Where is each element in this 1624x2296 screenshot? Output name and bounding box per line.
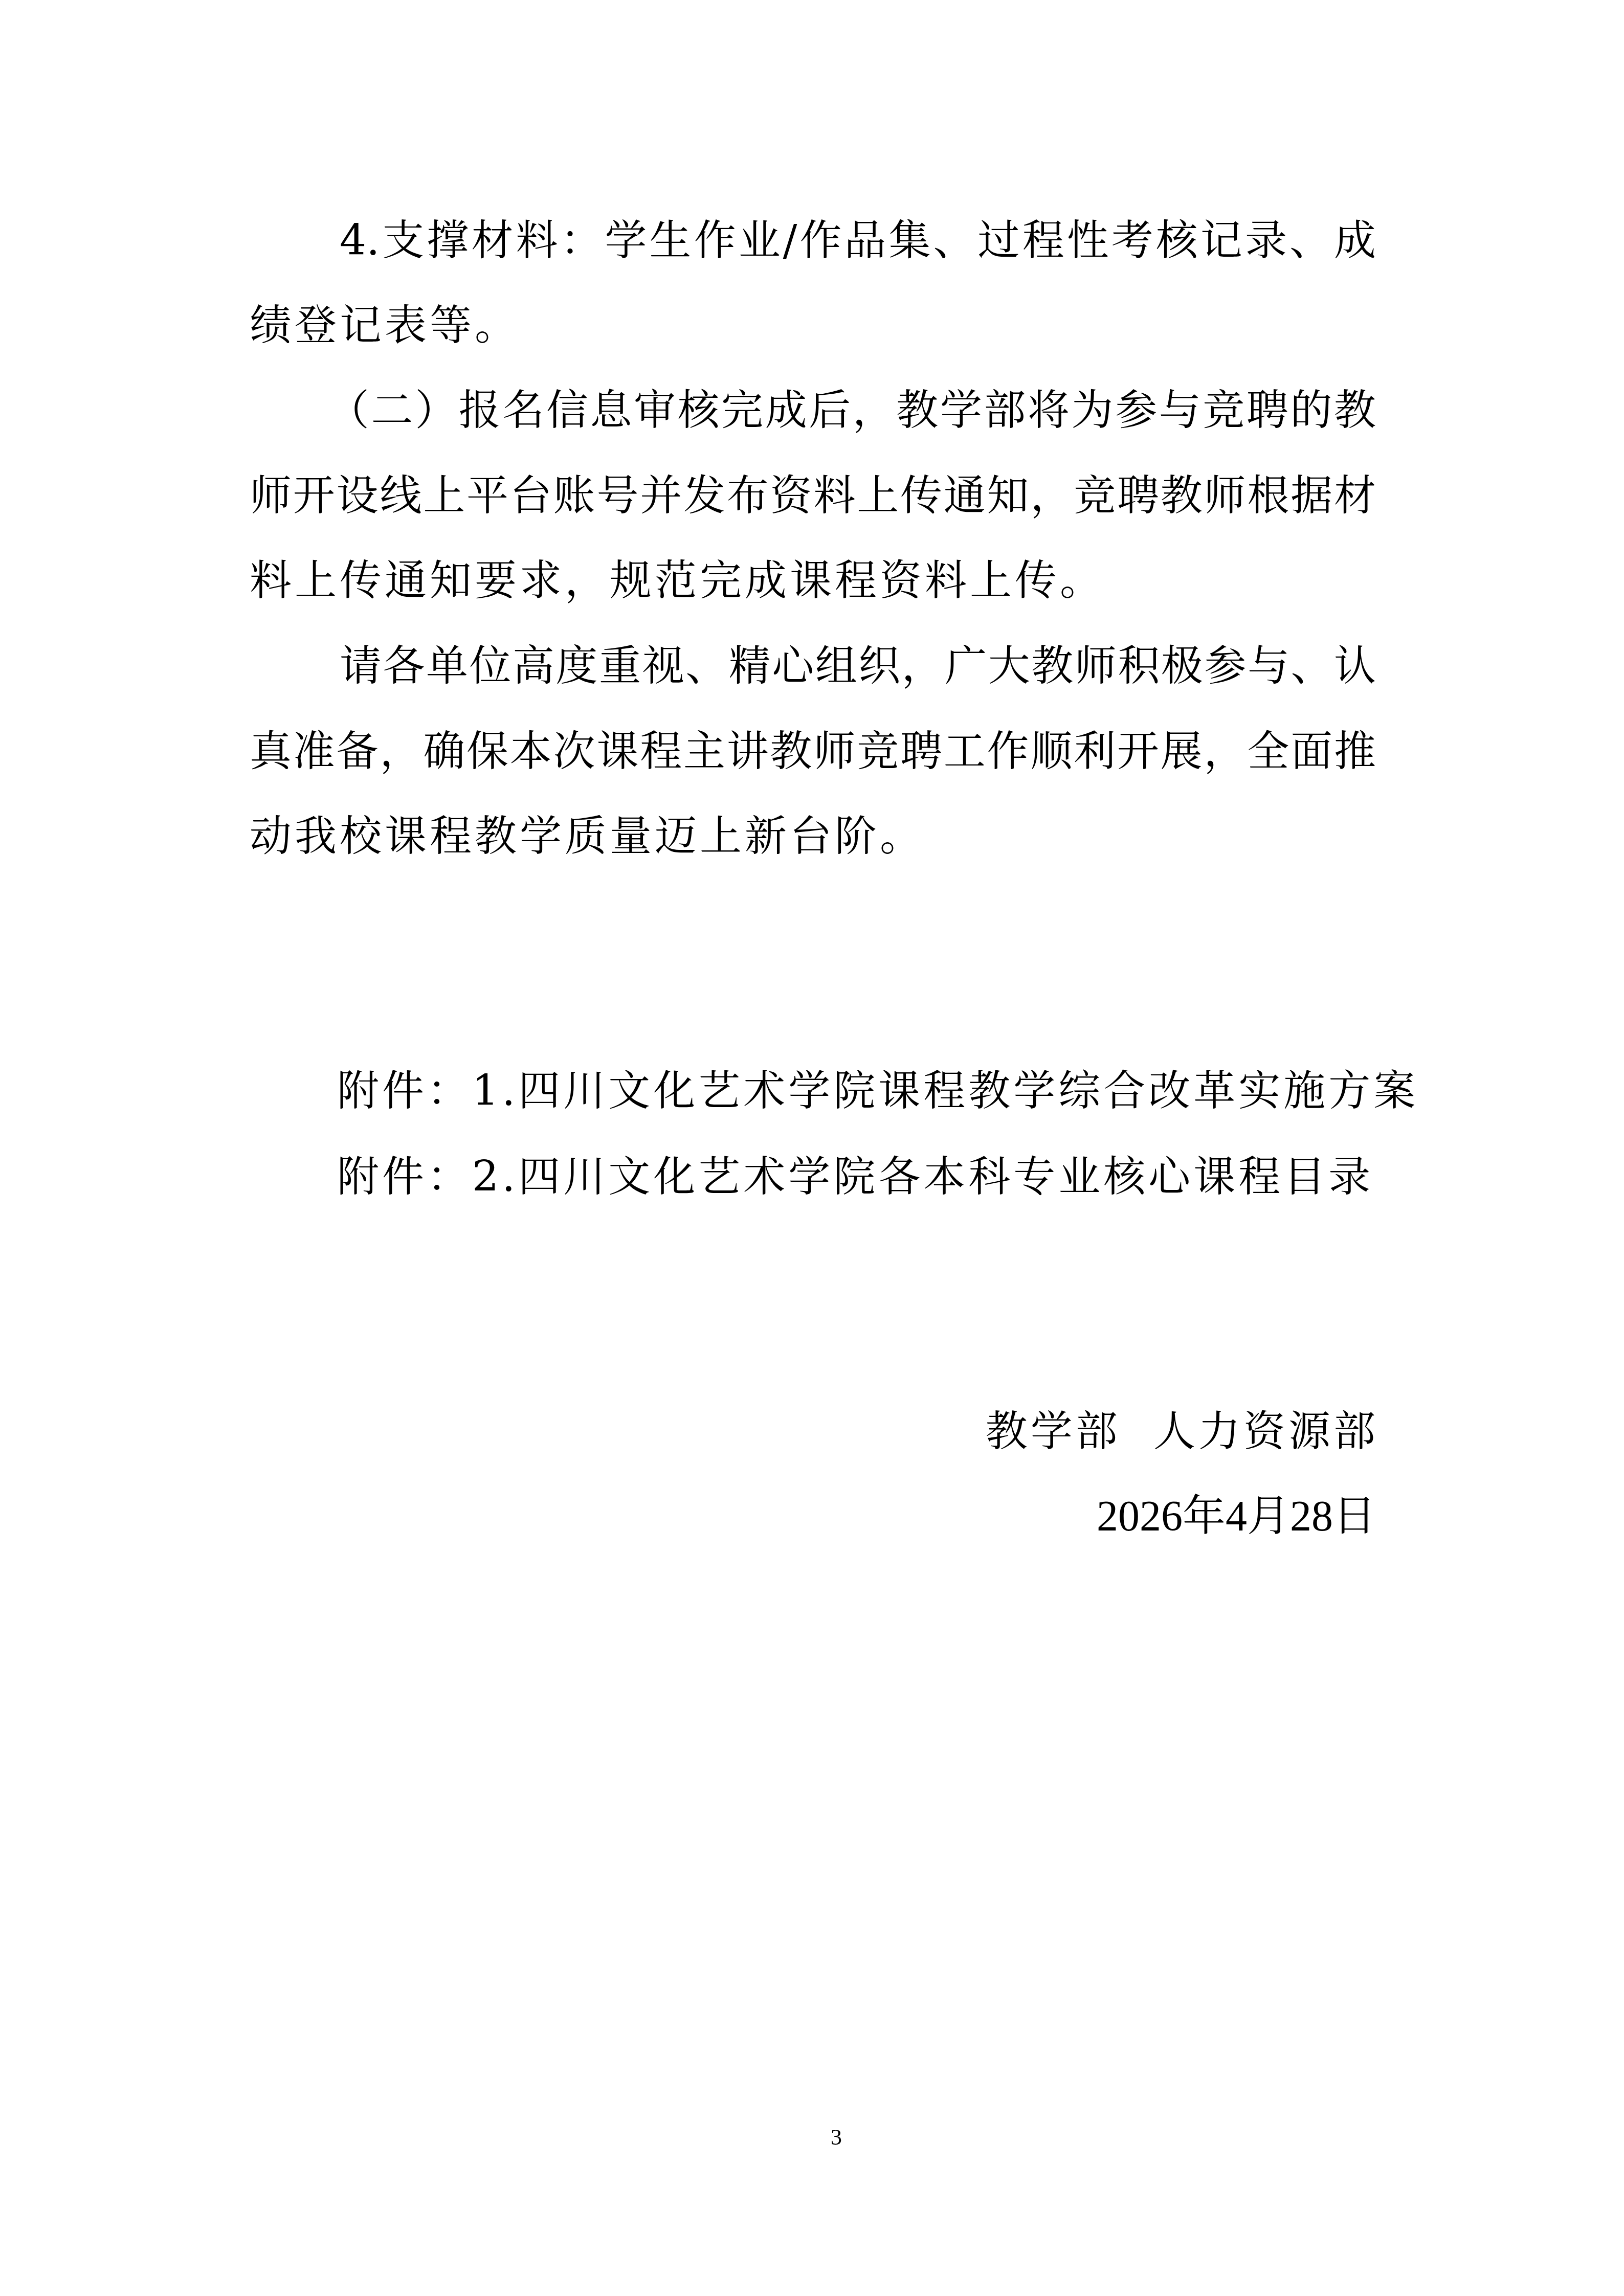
closing-line-1: 请各单位高度重视、精心组织，广大教师积极参与、认 xyxy=(340,641,1376,692)
upload-notice-line-2: 师开设线上平台账号并发布资料上传通知，竞聘教师根据材 xyxy=(250,470,1376,522)
closing-line-3: 动我校课程教学质量迈上新台阶。 xyxy=(250,811,1376,862)
attachment-2-link: 附件：2.四川文化艺术学院各本科专业核心课程目录 xyxy=(337,1152,1381,1203)
document-page: 4.支撑材料：学生作业/作品集、过程性考核记录、成 绩登记表等。 （二）报名信息… xyxy=(0,0,1624,2296)
issuing-departments: 教学部 人力资源部 xyxy=(986,1406,1378,1457)
upload-notice-line-1: （二）报名信息审核完成后，教学部将为参与竞聘的教 xyxy=(327,385,1376,436)
support-materials-line-1: 4.支撑材料：学生作业/作品集、过程性考核记录、成 xyxy=(340,215,1376,266)
closing-line-2: 真准备，确保本次课程主讲教师竞聘工作顺利开展，全面推 xyxy=(250,726,1376,777)
support-materials-line-2: 绩登记表等。 xyxy=(250,300,1376,351)
page-number: 3 xyxy=(821,2123,852,2152)
issue-date: 2026年4月28日 xyxy=(1097,1491,1376,1542)
attachment-1-link: 附件：1.四川文化艺术学院课程教学综合改革实施方案 xyxy=(337,1066,1381,1117)
upload-notice-line-3: 料上传通知要求，规范完成课程资料上传。 xyxy=(250,555,1376,606)
